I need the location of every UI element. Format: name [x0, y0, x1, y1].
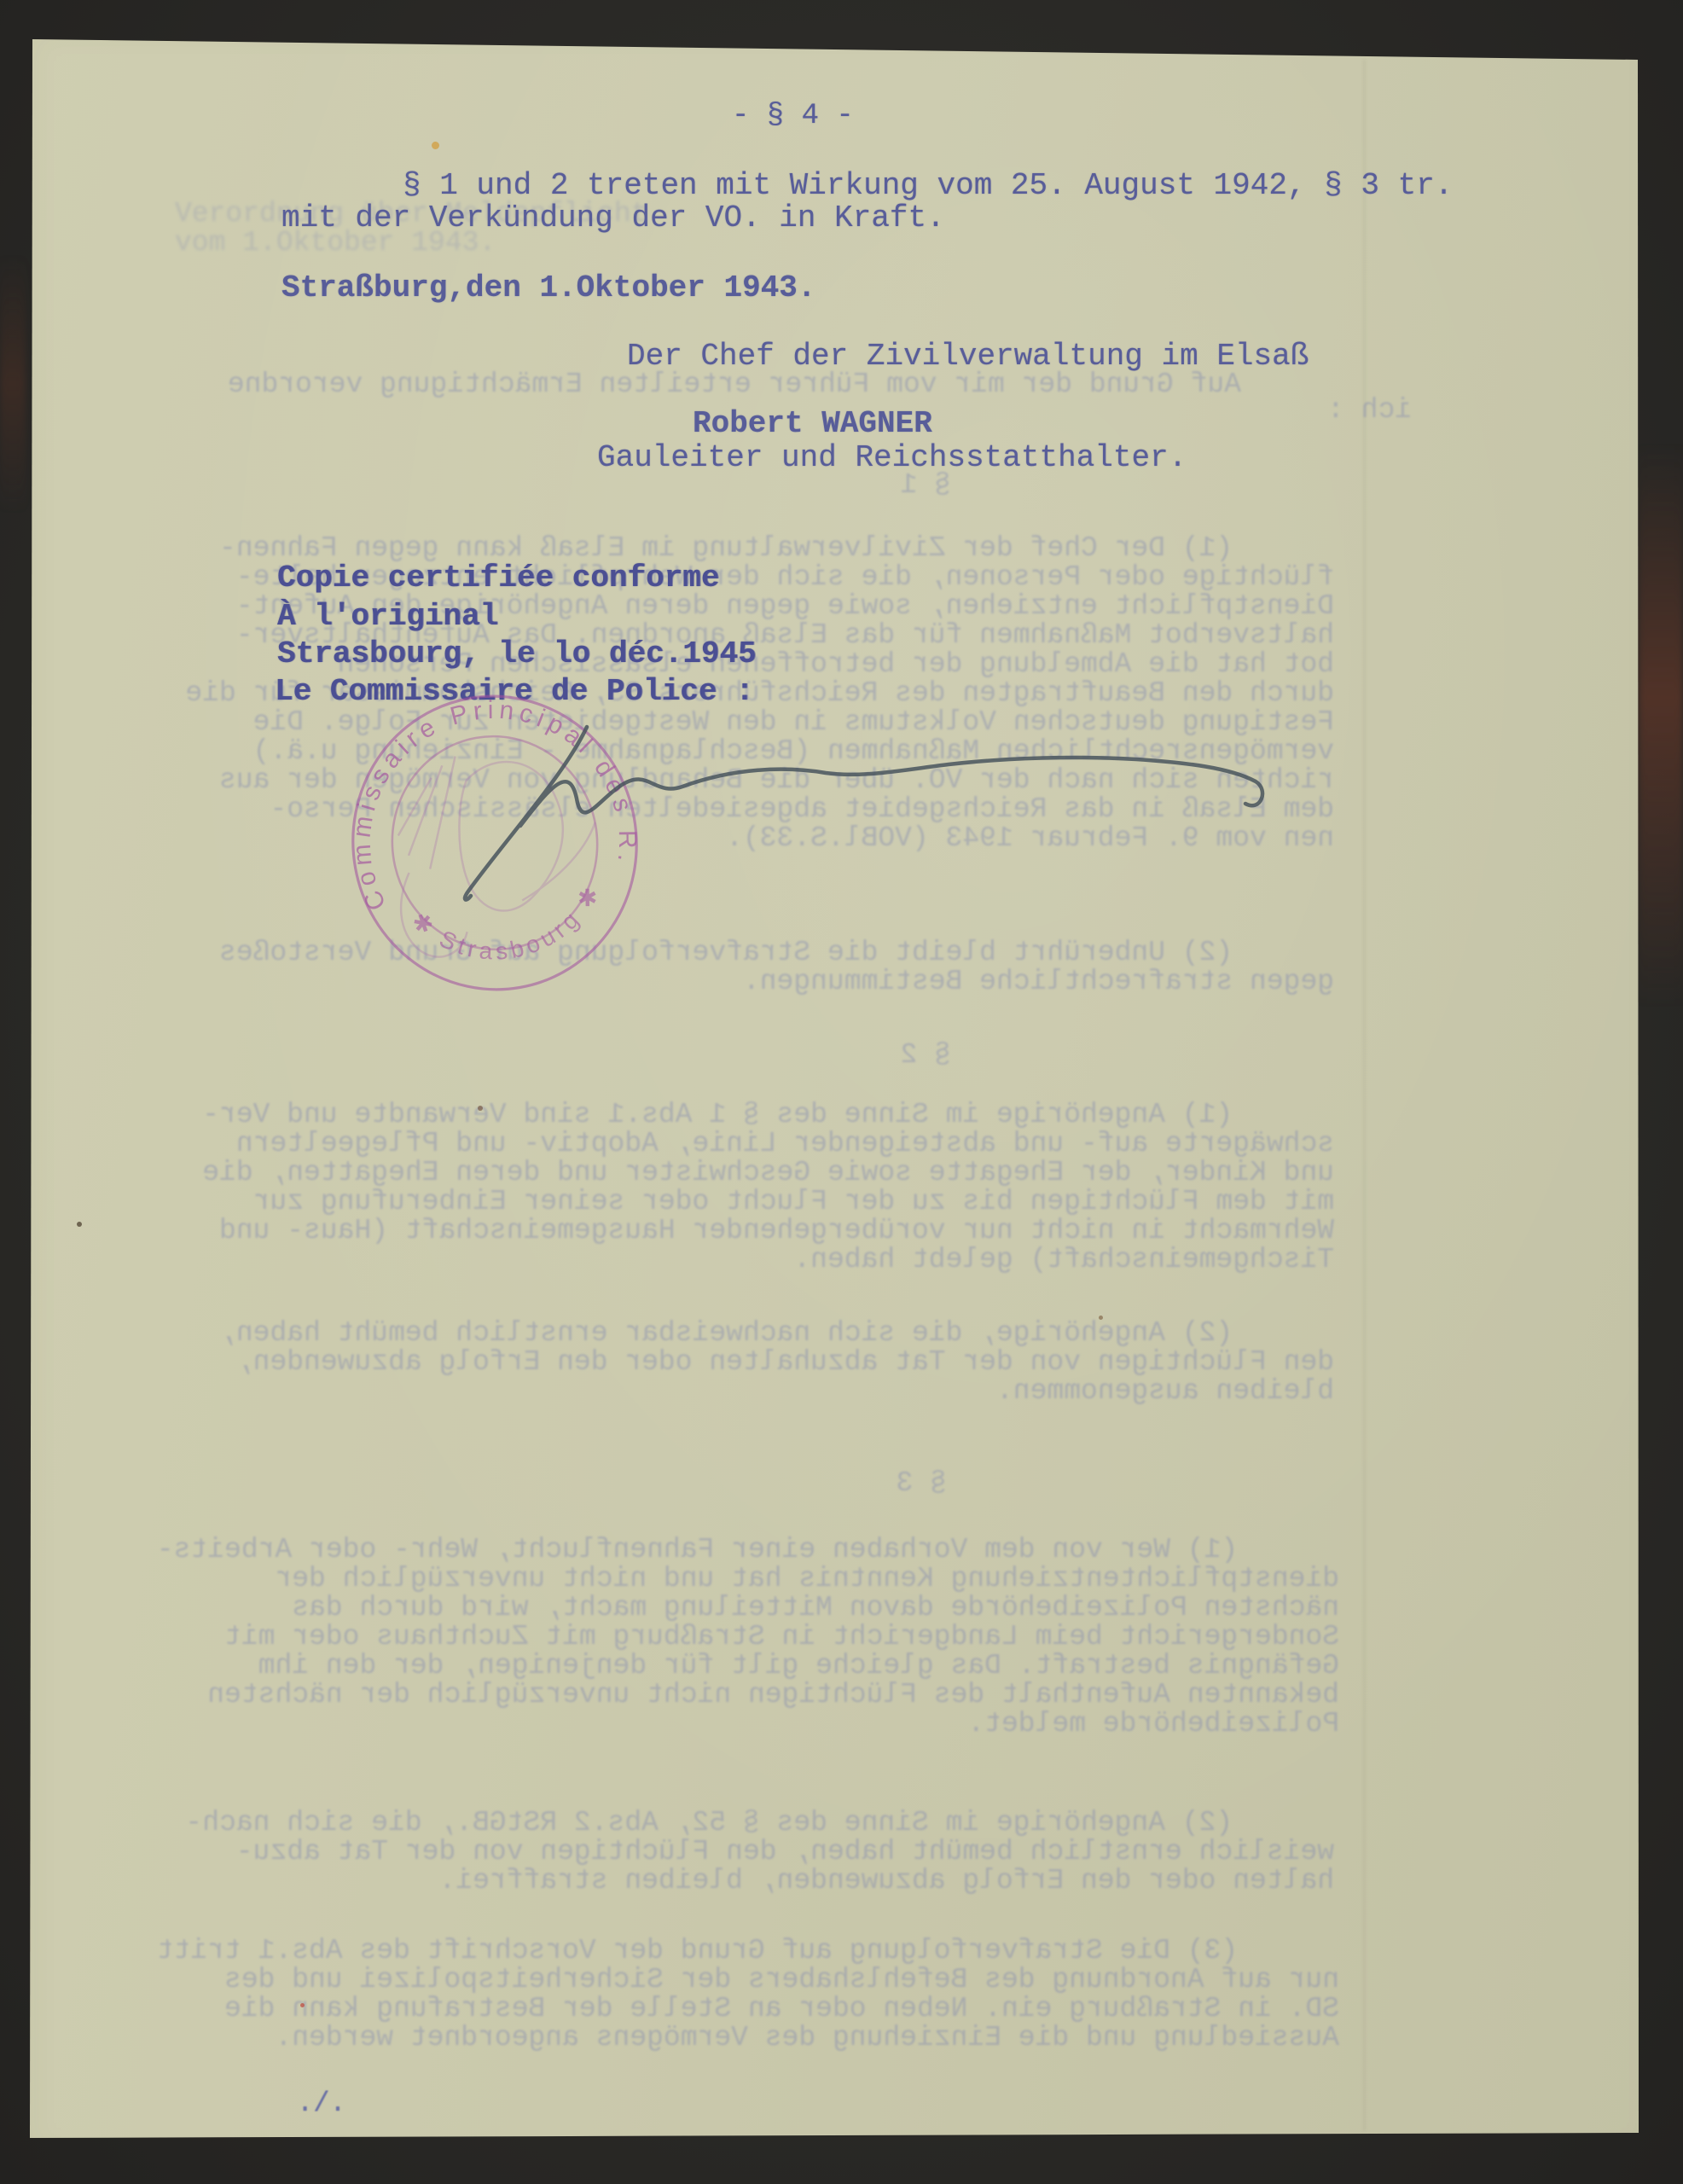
bleed-section-3-paragraph-2: (2) Angehörige im Sinne des § 52, Abs.2 …	[72, 1809, 1334, 1896]
certification-line-1: Copie certifiée conforme	[277, 561, 719, 595]
bleed-section-2-paragraph-2: (2) Angehörige, die sich nachweisbar ern…	[72, 1319, 1334, 1406]
certification-line-2: À l'original	[277, 600, 498, 634]
signatory-name: Robert WAGNER	[693, 407, 932, 441]
signatory-office: Der Chef der Zivilverwaltung im Elsaß	[627, 340, 1309, 374]
bleed-section-2-heading: § 2	[857, 1041, 951, 1070]
bleed-section-3-heading: § 3	[853, 1469, 947, 1498]
bleed-preamble-fragment: ich :	[1284, 396, 1412, 425]
continuation-mark: ./.	[297, 2087, 346, 2121]
bleed-section-1-heading: § 1	[857, 471, 951, 500]
bleed-preamble: Auf Grund der mir vom Führer erteilten E…	[94, 370, 1241, 399]
signatory-title: Gauleiter und Reichsstatthalter.	[597, 441, 1187, 475]
paper-speck	[432, 142, 439, 149]
scan-edge-red-tint	[1639, 444, 1683, 1007]
paper-speck	[300, 2003, 305, 2007]
bleed-section-3-paragraph-3: (3) Die Strafverfolgung auf Grund der Vo…	[51, 1937, 1339, 2053]
page-heading: - § 4 -	[732, 99, 854, 133]
paper-speck	[77, 1222, 82, 1227]
certification-official: Le Commissaire de Police :	[275, 675, 754, 709]
certification-date: Strasbourg, le lo déc.1945	[277, 637, 757, 671]
paper-speck	[1099, 1316, 1103, 1320]
dateline: Straßburg,den 1.Oktober 1943.	[281, 271, 816, 305]
body-line-1: § 1 und 2 treten mit Wirkung vom 25. Aug…	[403, 169, 1453, 203]
scanned-document-background: Verordnung über Meldepflichtvom 1.Oktobe…	[0, 0, 1683, 2184]
bleed-section-2-paragraph-1: (1) Angehörige im Sinne des § 1 Abs.1 si…	[72, 1101, 1334, 1275]
document-page: Verordnung über Meldepflichtvom 1.Oktobe…	[0, 0, 1683, 2184]
body-line-2: mit der Verkündung der VO. in Kraft.	[281, 201, 945, 235]
scan-edge-red-tint-left	[0, 256, 26, 512]
paper-crease	[1363, 60, 1366, 2131]
bleed-section-1-paragraph-2: (2) Unberührt bleibt die Strafverfolgung…	[72, 938, 1334, 996]
bleed-section-3-paragraph-1: (1) Wer von dem Vorhaben einer Fahnenflu…	[51, 1536, 1339, 1739]
paper-speck	[478, 1106, 483, 1111]
